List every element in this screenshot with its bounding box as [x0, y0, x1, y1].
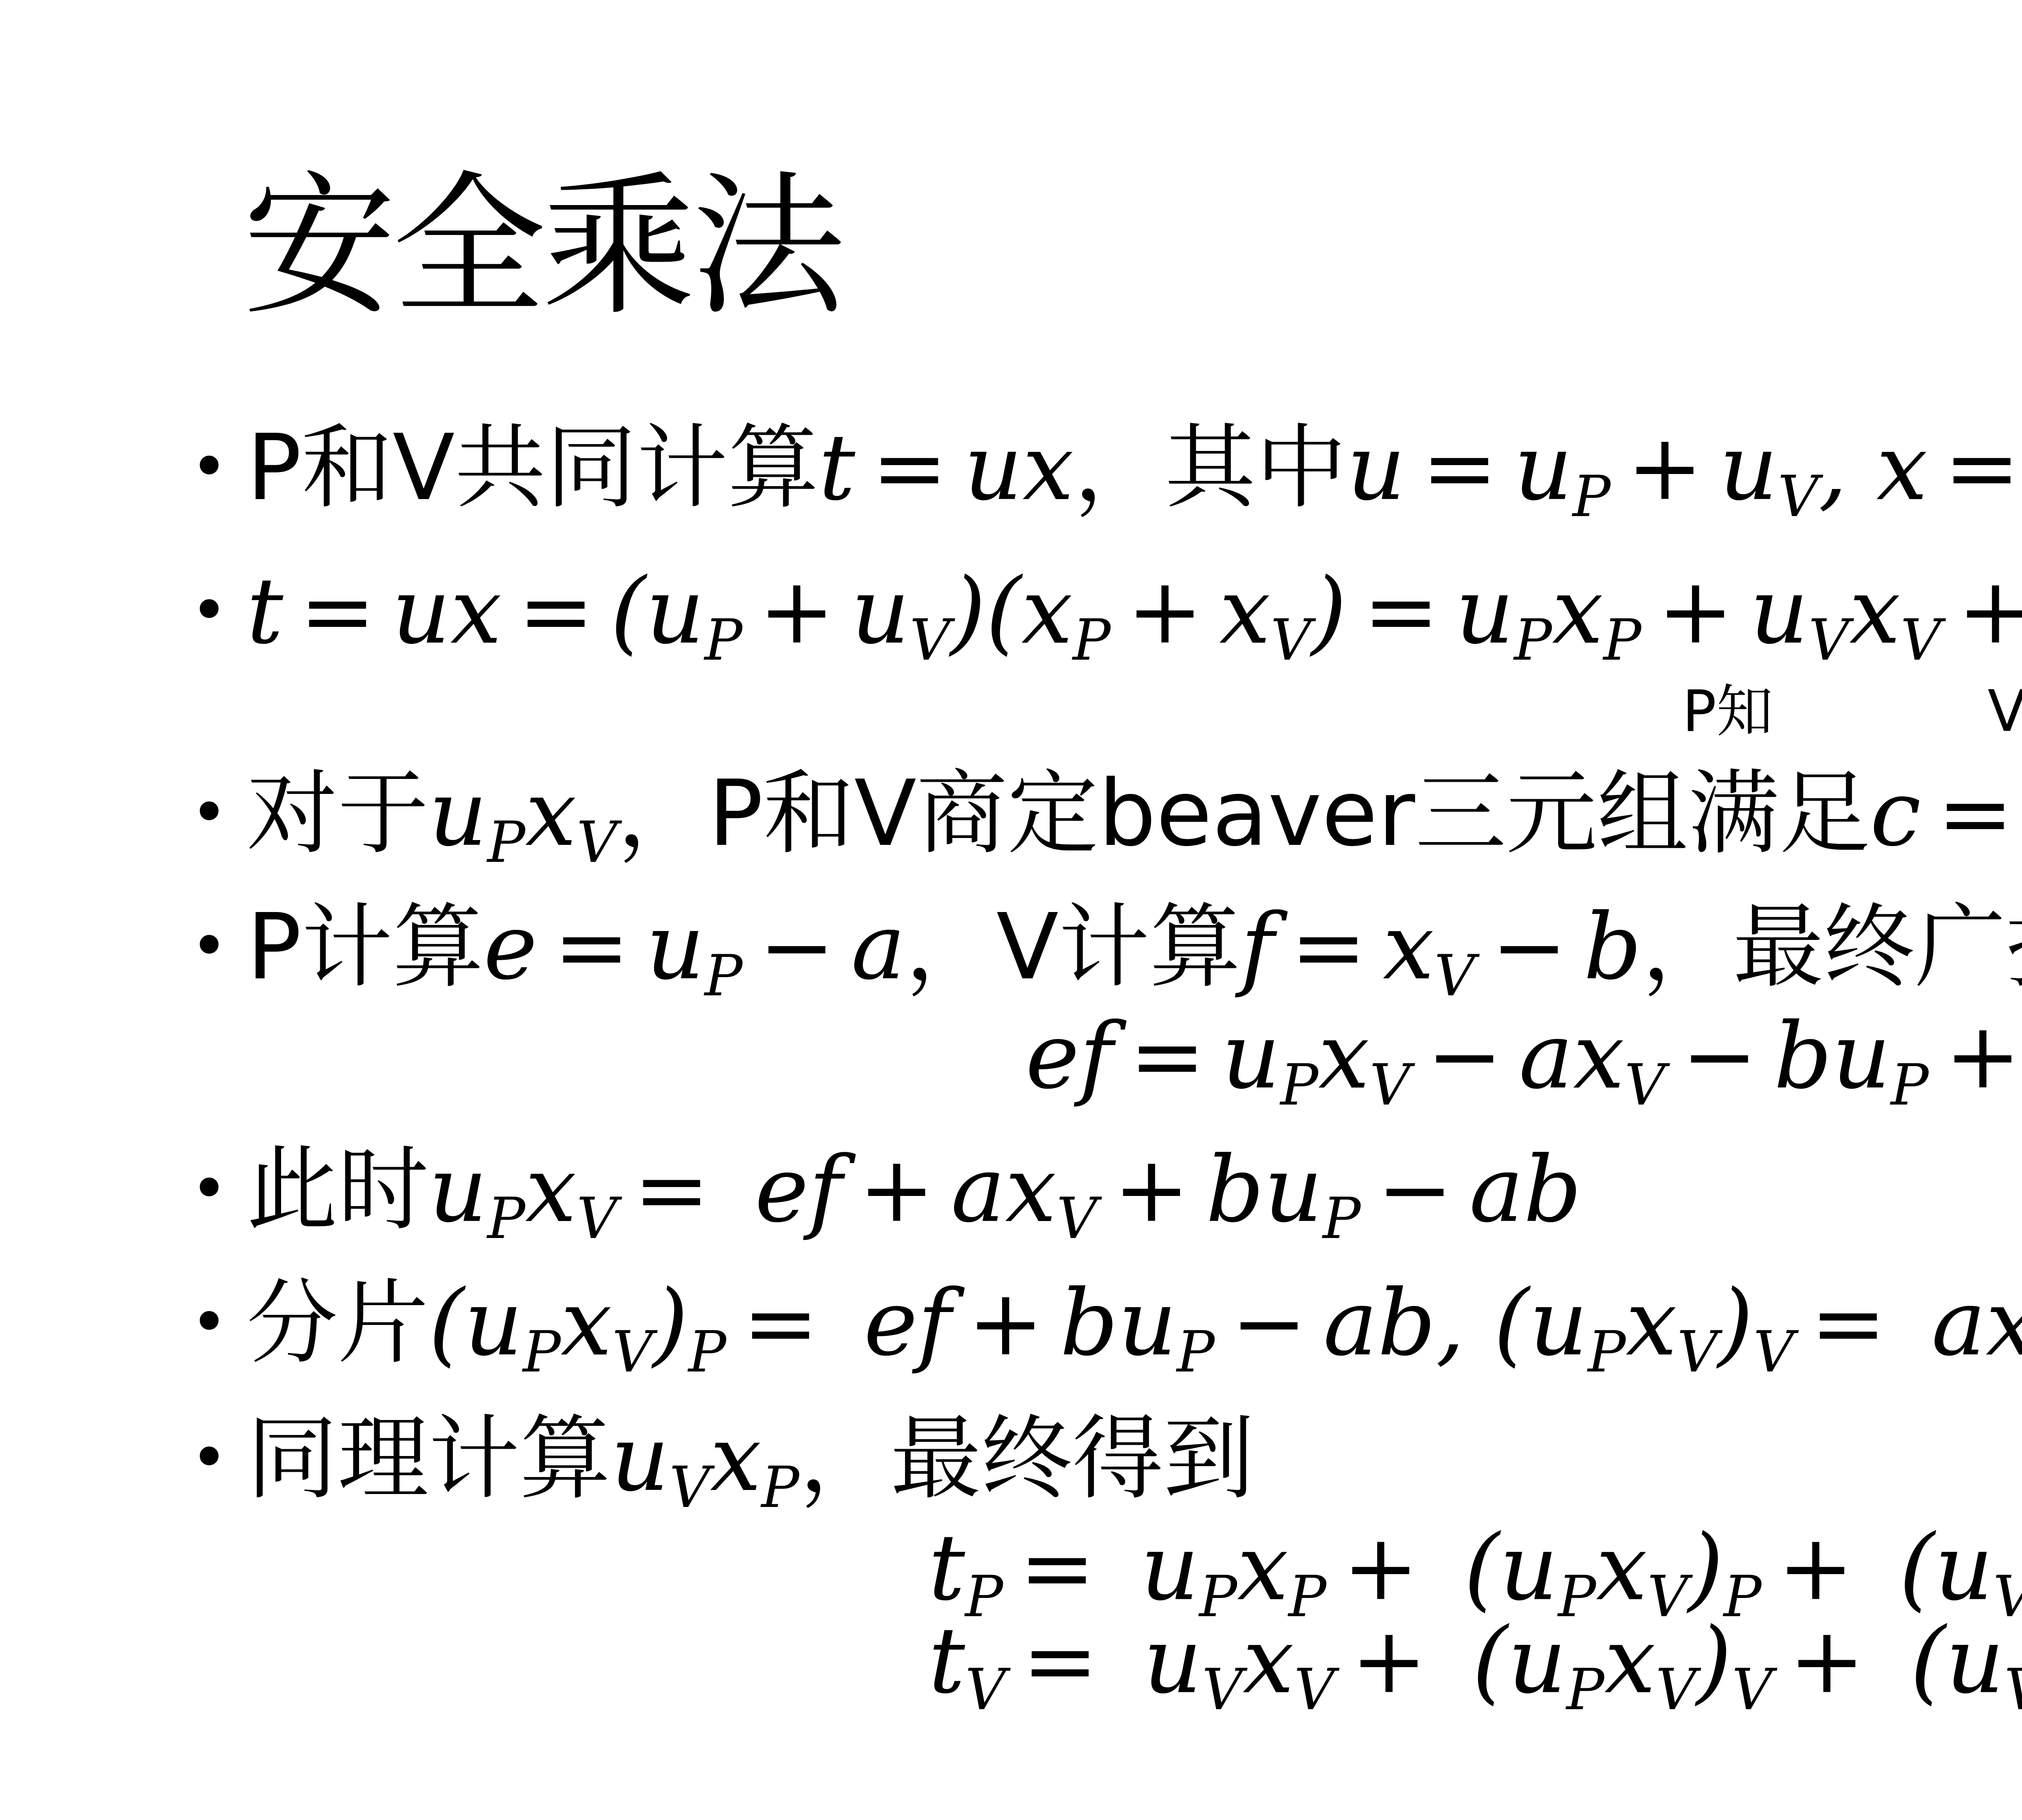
bullet-3: •对于uPxV，P和V商定beaver三元组满足c=ab: [190, 768, 2022, 859]
bullet-2: •t=ux=(uP+uV)(xP+xV)=uPxP+uVxV+uPxV+uVxP: [190, 566, 2022, 657]
bullet-7-text-a: 同理计算: [247, 1406, 611, 1512]
eq-c-ab: c=ab: [1870, 761, 2022, 867]
eq-u-sum: u=uP+uV, x=xP+xV: [1347, 415, 2022, 521]
eq-tP: tP= uPxP+ (uPxV)P+ (uVxP)P,: [929, 1523, 2022, 1614]
eq-expansion: t=ux=(uP+uV)(xP+xV)=uPxP+uVxV+uPxV+uVxP: [247, 559, 2022, 665]
eq-uvxp: uVxP: [611, 1406, 799, 1512]
eq-e: e=uP−a: [484, 894, 905, 1000]
bullet-7: •同理计算uVxP，最终得到: [190, 1414, 1254, 1505]
bullet-4-text-d: ，最终广播: [1642, 894, 2022, 1000]
bullet-3-text-a: 对于: [247, 761, 429, 867]
bullet-icon: •: [190, 434, 247, 499]
bullet-4-text-c: V计算: [996, 894, 1241, 1000]
eq-tV: tV= uVxV+ (uPxV)V+ (uVxP)V: [929, 1616, 2022, 1707]
annotation-p-knows: P知: [1682, 684, 1773, 740]
bullet-icon: •: [190, 578, 247, 643]
bullet-1: •P和V共同计算t=ux，其中u=uP+uV, x=xP+xV: [190, 423, 2022, 514]
eq-ef: ef=uPxV−axV−buP+ab: [1026, 1011, 2022, 1102]
bullet-icon: •: [190, 1425, 247, 1490]
bullet-5-text-a: 此时: [247, 1137, 429, 1243]
bullet-4-text-b: ，: [905, 894, 996, 1000]
bullet-4: •P计算e=uP−a，V计算f=xV−b，最终广播: [190, 902, 2022, 993]
eq-shares: (uPxV)P= ef+buP−ab, (uPxV)V= axV: [429, 1270, 2022, 1376]
annotation-v-knows: V知: [1988, 684, 2022, 740]
bullet-icon: •: [190, 1156, 247, 1221]
bullet-3-text-c: P和V商定beaver三元组满足: [708, 761, 1870, 867]
bullet-7-text-b: ，最终得到: [799, 1406, 1254, 1512]
bullet-icon: •: [190, 914, 247, 978]
eq-f: f=xV−b: [1241, 894, 1642, 1000]
bullet-icon: •: [190, 1290, 247, 1354]
eq-t-ux: t=ux: [819, 415, 1074, 521]
bullet-4-text-a: P计算: [247, 894, 484, 1000]
slide-title: 安全乘法: [243, 170, 841, 324]
eq-upxv: uPxV: [429, 761, 617, 867]
eq-upxv-result: uPxV= ef+axV+buP−ab: [429, 1137, 1582, 1243]
bullet-icon: •: [190, 780, 247, 845]
bullet-6-text-a: 分片: [247, 1270, 429, 1376]
bullet-1-text-a: P和V共同计算: [247, 415, 819, 521]
bullet-3-text-b: ，: [617, 761, 708, 867]
bullet-1-text-c: ，其中: [1074, 415, 1347, 521]
bullet-5: •此时uPxV= ef+axV+buP−ab: [190, 1145, 1582, 1236]
bullet-6: •分片(uPxV)P= ef+buP−ab, (uPxV)V= axV: [190, 1278, 2022, 1369]
